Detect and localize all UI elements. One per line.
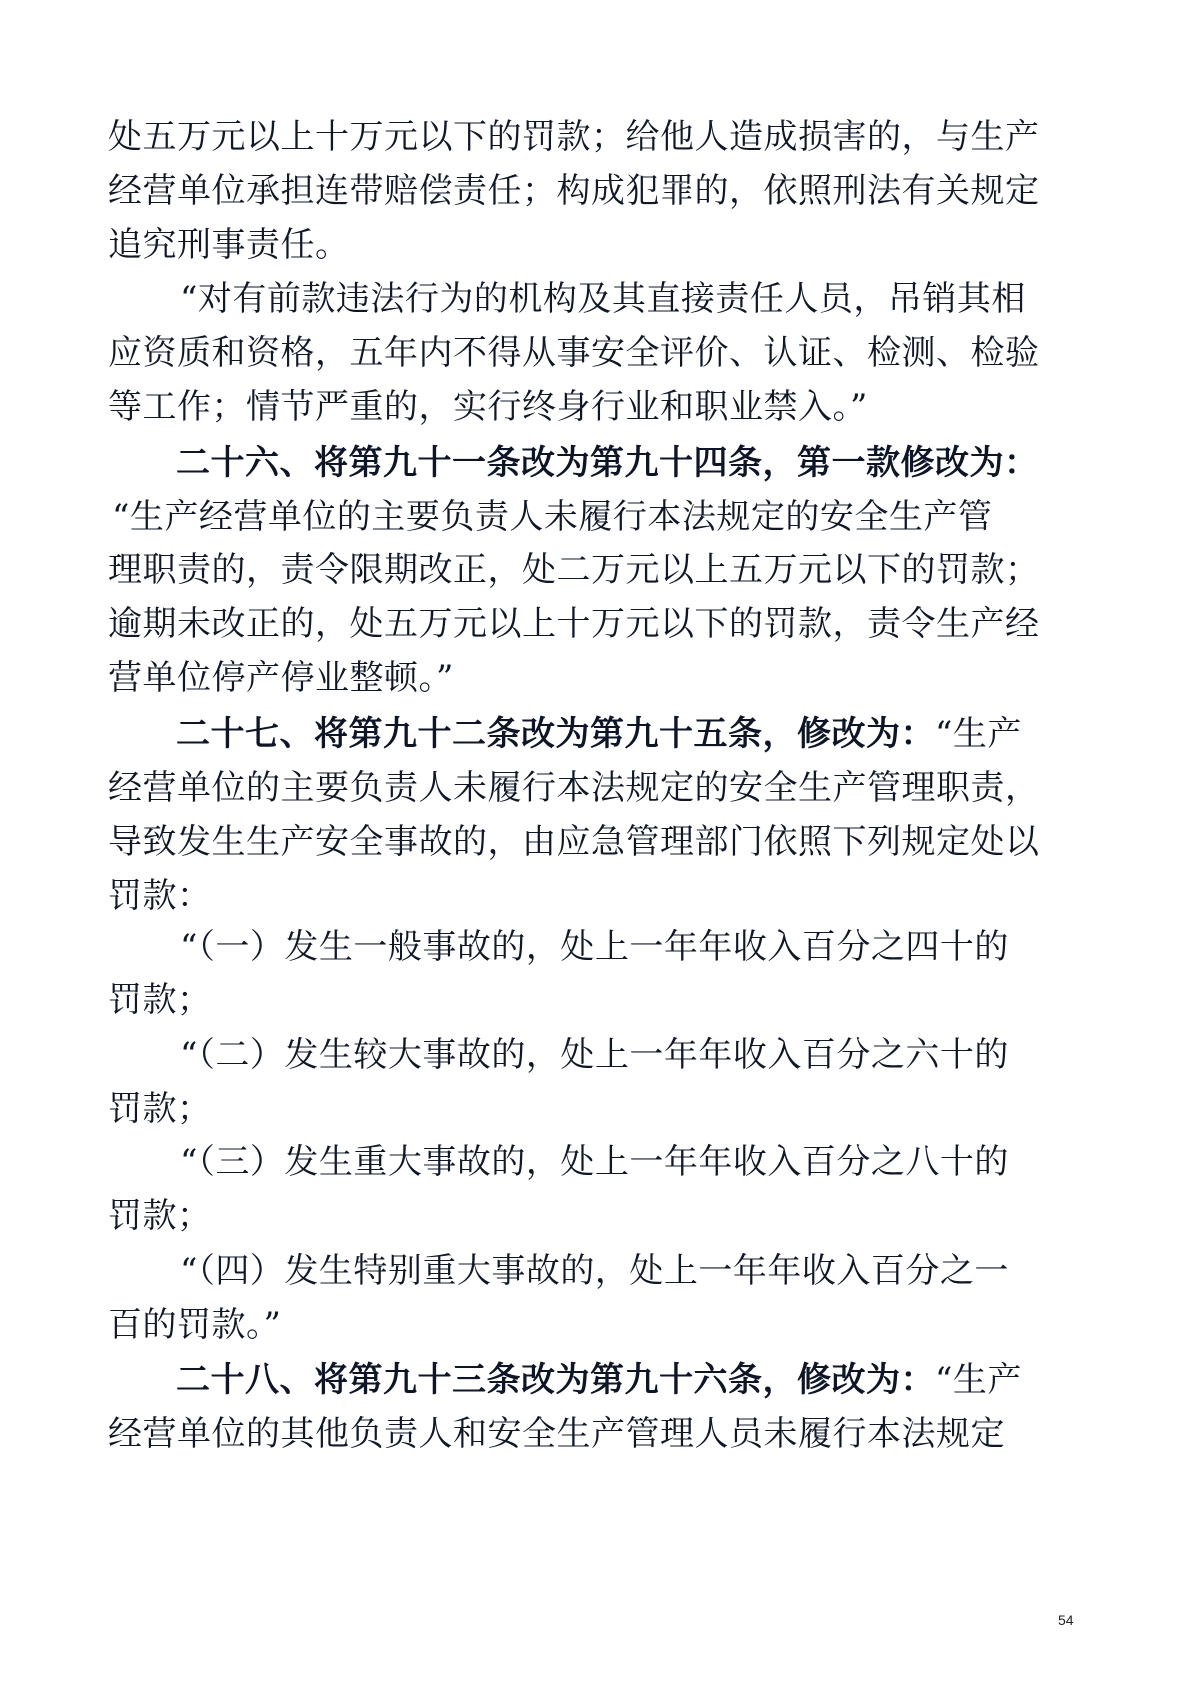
list-item-2: “（二）发生较大事故的，处上一年年收入百分之六十的 xyxy=(180,1028,1080,1082)
text-line: 罚款； xyxy=(108,1189,1008,1243)
section-heading-26: 二十六、将第九十一条改为第九十四条，第一款修改为： xyxy=(176,436,1076,490)
section-heading-27-rest: “生产 xyxy=(935,714,1022,754)
section-heading-28-rest: “生产 xyxy=(935,1360,1022,1400)
text-line: 导致发生生产安全事故的，由应急管理部门依照下列规定处以 xyxy=(108,815,1008,869)
text-line: 经营单位承担连带赔偿责任；构成犯罪的，依照刑法有关规定 xyxy=(108,164,1008,218)
list-item-1: “（一）发生一般事故的，处上一年年收入百分之四十的 xyxy=(180,920,1080,974)
text-line: 追究刑事责任。 xyxy=(108,218,1008,272)
text-line: 罚款； xyxy=(108,973,1008,1027)
text-line: 经营单位的主要负责人未履行本法规定的安全生产管理职责， xyxy=(108,761,1008,815)
text-line: 罚款； xyxy=(108,1082,1008,1136)
section-heading-27-bold: 二十七、将第九十二条改为第九十五条，修改为： xyxy=(176,714,935,754)
text-line: 营单位停产停业整顿。” xyxy=(108,651,1008,705)
list-item-3: “（三）发生重大事故的，处上一年年收入百分之八十的 xyxy=(180,1135,1080,1189)
section-heading-28-bold: 二十八、将第九十三条改为第九十六条，修改为： xyxy=(176,1360,935,1400)
text-line: 百的罚款。” xyxy=(108,1298,1008,1352)
text-line: 等工作；情节严重的，实行终身行业和职业禁入。” xyxy=(108,380,1008,434)
section-heading-27: 二十七、将第九十二条改为第九十五条，修改为：“生产 xyxy=(176,707,1076,761)
text-line: 逾期未改正的，处五万元以上十万元以下的罚款，责令生产经 xyxy=(108,597,1008,651)
text-line: “对有前款违法行为的机构及其直接责任人员，吊销其相 xyxy=(180,272,1080,326)
text-line: 经营单位的其他负责人和安全生产管理人员未履行本法规定 xyxy=(108,1407,1008,1461)
section-heading-28: 二十八、将第九十三条改为第九十六条，修改为：“生产 xyxy=(176,1353,1076,1407)
text-line: 处五万元以上十万元以下的罚款；给他人造成损害的，与生产 xyxy=(108,110,1008,164)
document-page: 处五万元以上十万元以下的罚款；给他人造成损害的，与生产 经营单位承担连带赔偿责任… xyxy=(0,0,1190,1683)
list-item-4: “（四）发生特别重大事故的，处上一年年收入百分之一 xyxy=(180,1244,1080,1298)
text-line: 应资质和资格，五年内不得从事安全评价、认证、检测、检验 xyxy=(108,326,1008,380)
text-line: 罚款： xyxy=(108,869,1008,923)
text-line: “生产经营单位的主要负责人未履行本法规定的安全生产管 xyxy=(112,490,1012,544)
text-line: 理职责的，责令限期改正，处二万元以上五万元以下的罚款； xyxy=(108,543,1008,597)
page-number: 54 xyxy=(1058,1612,1074,1628)
